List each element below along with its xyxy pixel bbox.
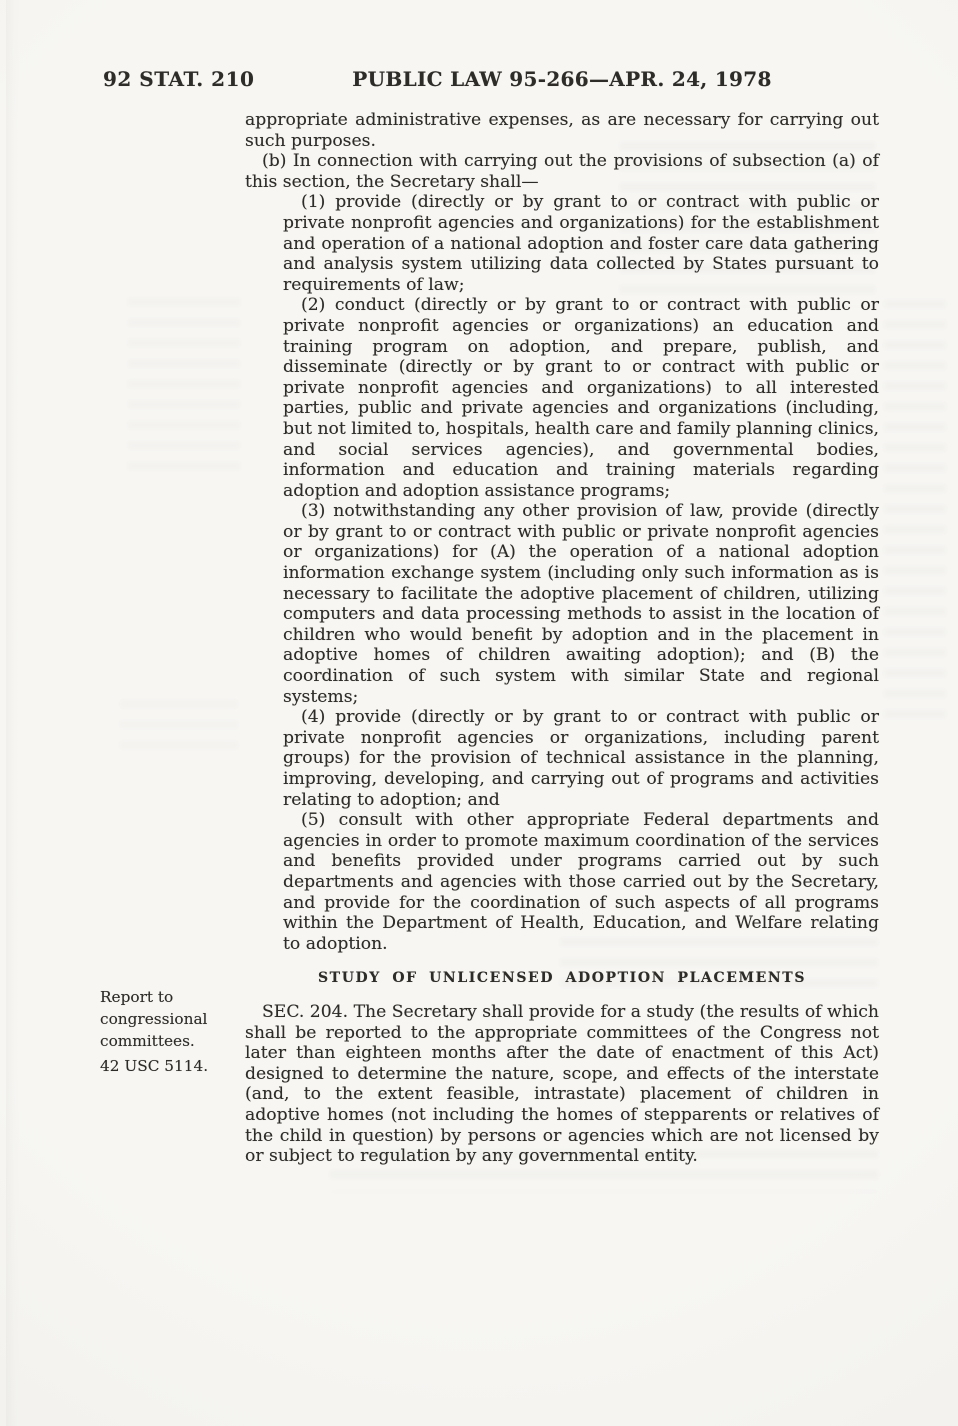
bleedthrough-artifact: [128, 298, 240, 478]
clause-3: (3) notwithstanding any other provision …: [245, 501, 879, 707]
running-title: PUBLIC LAW 95-266—APR. 24, 1978: [245, 67, 879, 91]
section-204-paragraph: SEC. 204. The Secretary shall provide fo…: [245, 1002, 879, 1167]
clause-5: (5) consult with other appropriate Feder…: [245, 810, 879, 954]
bleedthrough-artifact: [120, 700, 238, 760]
subsection-b-paragraph: (b) In connection with carrying out the …: [245, 151, 879, 192]
margin-note-report: Report to congressional committees.: [100, 986, 224, 1052]
clause-4: (4) provide (directly or by grant to or …: [245, 707, 879, 810]
margin-note-usc-citation: 42 USC 5114.: [100, 1055, 224, 1077]
margin-note-block: Report to congressional committees. 42 U…: [100, 986, 224, 1080]
clause-2: (2) conduct (directly or by grant to or …: [245, 295, 879, 501]
paragraph-continuation: appropriate administrative expenses, as …: [245, 110, 879, 151]
scan-edge-artifact: [6, 0, 20, 1426]
scanned-document-page: 92 STAT. 210 PUBLIC LAW 95-266—APR. 24, …: [0, 0, 958, 1426]
bleedthrough-artifact: [884, 300, 946, 730]
section-heading: STUDY OF UNLICENSED ADOPTION PLACEMENTS: [245, 968, 879, 989]
clause-1: (1) provide (directly or by grant to or …: [245, 192, 879, 295]
statute-page-number: 92 STAT. 210: [103, 67, 254, 91]
statute-text-column: appropriate administrative expenses, as …: [245, 110, 879, 1167]
